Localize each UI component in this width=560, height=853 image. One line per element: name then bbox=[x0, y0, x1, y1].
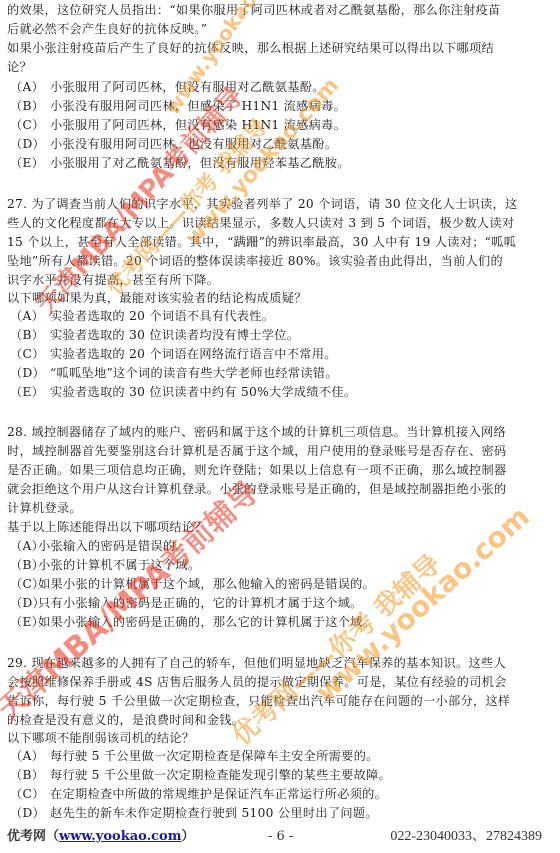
option-e: （E）小张服用了对乙酰氨基酚，但没有服用羟苯基乙酰胺。 bbox=[10, 155, 350, 172]
text-line: 29. 现在越来越多的人拥有了自己的轿车，但他们明显地缺乏汽车保养的基本知识。这… bbox=[7, 655, 506, 672]
option-d: （D）小张没有服用阿司匹林，也没有服用对乙酰氨基酚。 bbox=[10, 136, 337, 153]
text-line: 15 个以上，甚至有人全部读错。其中，“蹒跚”的辨识率最高，30 人中有 19 … bbox=[7, 234, 516, 251]
text-line: 的效果，这位研究人员指出：“如果你服用了阿司匹林或者对乙酰氨基酚，那么你注射疫苗 bbox=[7, 2, 501, 19]
text-line: 就会拒绝这个用户从这台计算机登录。小张的登录账号是正确的，但是域控制器拒绝小张的 bbox=[7, 481, 507, 498]
footer-site-link[interactable]: www.yookao.com bbox=[59, 829, 181, 844]
footer-site-close: ） bbox=[181, 829, 194, 844]
text-line: 告诉你，每行驶 5 千公里做一次定期检查，只能检查出汽车可能存在问题的一小部分，… bbox=[7, 693, 510, 710]
text-line: 论？ bbox=[7, 59, 32, 76]
text-line: 识字水平并没有提高，甚至有所下降。 bbox=[7, 272, 219, 289]
option-c: （C）在定期检查中所做的常规维护是保证汽车正常运行所必须的。 bbox=[10, 786, 387, 803]
option-c: （C）实验者选取的 20 个词语在网络流行语言中不常用。 bbox=[10, 346, 337, 363]
text-line: 以下哪项不能削弱该司机的结论？ bbox=[7, 730, 194, 747]
option-a: （A）每行驶 5 千公里做一次定期检查是保障车主安全所需要的。 bbox=[10, 748, 379, 765]
option-b: （B）实验者选取的 30 位识读者均没有博士学位。 bbox=[10, 327, 299, 344]
option-a: （A）小张服用了阿司匹林，但没有服用对乙酰氨基酚。 bbox=[10, 79, 325, 96]
text-line: 会按照维修保养手册或 4S 店售后服务人员的提示做定期保养。可是，某位有经验的司… bbox=[7, 674, 507, 691]
footer-site: 优考网（www.yookao.com） bbox=[7, 828, 194, 846]
option-d: （D）只有小张输入的密码是正确的，它的计算机才属于这个域。 bbox=[10, 595, 363, 612]
option-b: （B）小张没有服用阿司匹林，但感染了 H1N1 流感病毒。 bbox=[10, 98, 346, 115]
exam-page: 的效果，这位研究人员指出：“如果你服用了阿司匹林或者对乙酰氨基酚，那么你注射疫苗… bbox=[0, 0, 560, 853]
option-e: （E）如果小张输入的密码是正确的，那么它的计算机属于这个域。 bbox=[10, 614, 375, 631]
text-line: 坠地”所有人都读错。20 个词语的整体误读率接近 80%。该实验者由此得出，当前… bbox=[7, 253, 503, 270]
text-line: 基于以上陈述能得出以下哪项结论？ bbox=[7, 519, 207, 536]
text-line: 后就必然不会产生良好的抗体反映。” bbox=[7, 21, 207, 38]
text-line: 些人的文化程度都在大专以上。识读结果显示，多数人只读对 3 到 5 个词语，极少… bbox=[7, 215, 514, 232]
option-b: （B）小张的计算机不属于这个域。 bbox=[10, 557, 200, 574]
text-line: 27. 为了调查当前人们的识字水平，其实验者列举了 20 个词语，请 30 位文… bbox=[7, 196, 517, 213]
text-line: 如果小张注射疫苗后产生了良好的抗体反映，那么根据上述研究结果可以得出以下哪项结 bbox=[7, 40, 494, 57]
page-number: - 6 - bbox=[268, 828, 293, 846]
text-line: 时，域控制器首先要鉴别这台计算机是否属于这个域，用户使用的登录账号是否存在、密码 bbox=[7, 443, 507, 460]
footer-site-name: 优考网（ bbox=[7, 829, 59, 844]
option-b: （B）每行驶 5 千公里做一次定期检查能发现引擎的某些主要故障。 bbox=[10, 767, 391, 784]
option-c: （C）小张服用了阿司匹林，但没有感染 H1N1 流感病毒。 bbox=[10, 117, 346, 134]
option-c: （C）如果小张的计算机属于这个域，那么他输入的密码是错误的。 bbox=[10, 576, 375, 593]
option-d: （D）“呱呱坠地”这个词的读音有些大学老师也经常读错。 bbox=[10, 365, 338, 382]
option-d: （D）赵先生的新车未作定期检查行驶到 5100 公里时出了问题。 bbox=[10, 805, 378, 822]
footer-phone: 022-23040033、27824389 bbox=[390, 828, 542, 846]
text-line: 以下哪项如果为真，最能对该实验者的结论构成质疑？ bbox=[7, 290, 307, 307]
option-a: （A）小张输入的密码是错误的。 bbox=[10, 538, 188, 555]
option-e: （E）实验者选取的 30 位识读者中约有 50%大学成绩不佳。 bbox=[10, 384, 356, 401]
text-line: 是否正确。如果三项信息均正确，则允许登陆；如果以上信息有一项不正确，那么域控制器 bbox=[7, 462, 507, 479]
text-line: 计算机登录。 bbox=[7, 500, 82, 517]
option-a: （A）实验者选取的 20 个词语不具有代表性。 bbox=[10, 308, 274, 325]
text-line: 的检查是没有意义的，是浪费时间和金钱。 bbox=[7, 712, 244, 729]
text-line: 28. 域控制器储存了域内的账户、密码和属于这个域的计算机三项信息。当计算机接入… bbox=[7, 424, 506, 441]
